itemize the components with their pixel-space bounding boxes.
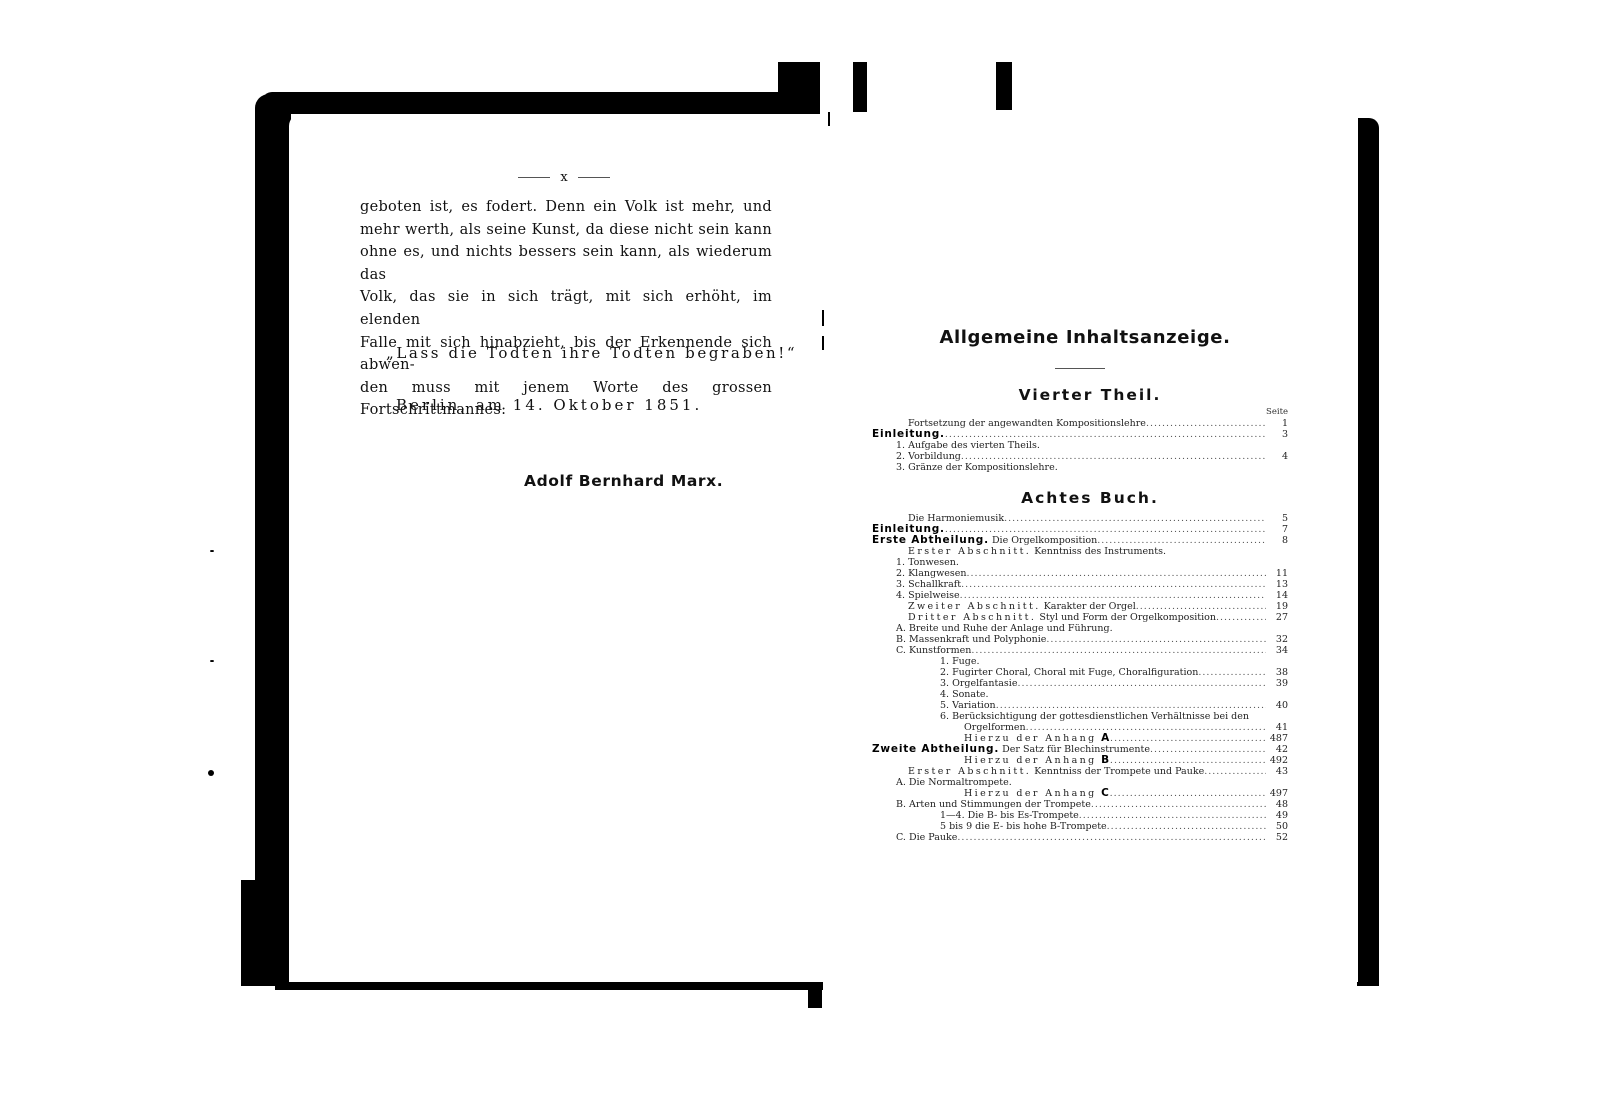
toc-entry-page: 497 — [1266, 788, 1288, 799]
gutter-mark — [828, 112, 830, 126]
toc-entry-page: 38 — [1266, 667, 1288, 678]
paragraph-line: geboten ist, es fodert. Denn ein Volk is… — [360, 196, 772, 219]
toc-leader-dots — [1110, 755, 1266, 766]
toc-entry-page: 27 — [1266, 612, 1288, 623]
toc-entry-title: 2. Fugirter Choral, Choral mit Fuge, Cho… — [940, 667, 1198, 678]
toc-leader-dots — [1091, 799, 1266, 810]
toc-entry: Orgelformen41 — [872, 722, 1288, 733]
toc-entry-page: 13 — [1266, 579, 1288, 590]
toc-entry: 1. Tonwesen. — [872, 557, 1288, 568]
toc-entry-page: 41 — [1266, 722, 1288, 733]
toc-entry-page: 40 — [1266, 700, 1288, 711]
toc-entry: 5. Variation40 — [872, 700, 1288, 711]
book-cover-left-edge-lower — [241, 880, 281, 986]
toc-entry: Zweiter Abschnitt. Karakter der Orgel19 — [872, 601, 1288, 612]
book-spine-top-right — [853, 62, 867, 112]
toc-entry-title: C. Kunstformen — [896, 645, 971, 656]
toc-entry-title: Dritter Abschnitt. Styl und Form der Org… — [908, 612, 1216, 623]
title-rule — [1055, 368, 1105, 369]
toc-entry: 1. Aufgabe des vierten Theils. — [872, 440, 1288, 451]
toc-entry: Erster Abschnitt. Kenntniss der Trompete… — [872, 766, 1288, 777]
page-number: x — [508, 170, 620, 185]
toc-entry-title: Erster Abschnitt. Kenntniss der Trompete… — [908, 766, 1204, 777]
toc-leader-dots — [1004, 513, 1266, 524]
toc-entry: 4. Sonate. — [872, 689, 1288, 700]
toc-entry: C. Die Pauke52 — [872, 832, 1288, 843]
toc-entry-page: 4 — [1266, 451, 1288, 462]
toc-entry-page: 48 — [1266, 799, 1288, 810]
toc-entry-page: 19 — [1266, 601, 1288, 612]
page-number-text: x — [560, 170, 567, 185]
part-heading: Vierter Theil. — [960, 386, 1220, 404]
toc-leader-dots — [1017, 678, 1266, 689]
toc-section-vierter-theil: Fortsetzung der angewandten Kompositions… — [872, 418, 1288, 473]
toc-entry-page: 52 — [1266, 832, 1288, 843]
toc-entry-title: 3. Orgelfantasie — [940, 678, 1017, 689]
author-signature: Adolf Bernhard Marx. — [524, 472, 723, 490]
gutter-mark — [822, 336, 824, 350]
toc-entry-page: 8 — [1266, 535, 1288, 546]
toc-entry-title: 4. Spielweise — [896, 590, 960, 601]
toc-entry: Hierzu der Anhang C497 — [872, 788, 1288, 799]
scan-speck — [208, 770, 214, 776]
dateline: Berlin, am 14. Oktober 1851. — [396, 396, 702, 414]
toc-leader-dots — [1198, 667, 1266, 678]
toc-entry-title: 5. Variation — [940, 700, 996, 711]
toc-entry-title: Erste Abtheilung. Die Orgelkomposition — [872, 535, 1097, 546]
toc-entry-title: C. Die Pauke — [896, 832, 957, 843]
toc-entry: Einleitung.3 — [872, 429, 1288, 440]
toc-leader-dots — [1136, 601, 1266, 612]
toc-leader-dots — [1026, 722, 1266, 733]
toc-entry-title: Hierzu der Anhang C — [964, 788, 1110, 799]
toc-entry: 1. Fuge. — [872, 656, 1288, 667]
toc-leader-dots — [1079, 810, 1266, 821]
toc-entry-page: 11 — [1266, 568, 1288, 579]
toc-leader-dots — [1110, 733, 1266, 744]
toc-entry-page: 1 — [1266, 418, 1288, 429]
toc-entry: 2. Klangwesen11 — [872, 568, 1288, 579]
toc-leader-dots — [961, 579, 1266, 590]
toc-leader-dots — [966, 568, 1266, 579]
toc-title: Allgemeine Inhaltsanzeige. — [935, 327, 1235, 348]
toc-entry: 1—4. Die B- bis Es-Trompete49 — [872, 810, 1288, 821]
toc-leader-dots — [1146, 418, 1266, 429]
toc-entry-title: 4. Sonate. — [940, 689, 989, 700]
seite-label: Seite — [1266, 407, 1288, 417]
toc-entry-page: 492 — [1266, 755, 1288, 766]
toc-entry-title: 3. Schallkraft — [896, 579, 961, 590]
toc-entry: C. Kunstformen34 — [872, 645, 1288, 656]
toc-entry-page: 39 — [1266, 678, 1288, 689]
part-heading: Achtes Buch. — [960, 489, 1220, 507]
book-cover-left-edge — [255, 94, 291, 986]
book-spine-top-right2 — [996, 62, 1012, 110]
toc-entry: B. Massenkraft und Polyphonie32 — [872, 634, 1288, 645]
toc-entry: Erster Abschnitt. Kenntniss des Instrume… — [872, 546, 1288, 557]
toc-leader-dots — [1110, 788, 1266, 799]
toc-entry-title: Einleitung. — [872, 429, 945, 440]
toc-entry-title: B. Massenkraft und Polyphonie — [896, 634, 1046, 645]
toc-entry-title: 5 bis 9 die E- bis hohe B-Trompete — [940, 821, 1107, 832]
toc-entry-title: 1. Aufgabe des vierten Theils. — [896, 440, 1040, 451]
paragraph-line: ohne es, und nichts bessers sein kann, a… — [360, 241, 772, 286]
toc-leader-dots — [961, 451, 1266, 462]
toc-entry-page: 487 — [1266, 733, 1288, 744]
toc-entry: 6. Berücksichtigung der gottesdienstlich… — [872, 711, 1288, 722]
scan-speck — [210, 550, 214, 552]
toc-entry-page: 43 — [1266, 766, 1288, 777]
toc-leader-dots — [1150, 744, 1266, 755]
gutter-mark — [822, 310, 824, 326]
toc-section-achtes-buch: Die Harmoniemusik5Einleitung.7Erste Abth… — [872, 513, 1288, 843]
toc-leader-dots — [945, 429, 1266, 440]
toc-entry-title: 6. Berücksichtigung der gottesdienstlich… — [940, 711, 1249, 722]
toc-entry-title: Erster Abschnitt. Kenntniss des Instrume… — [908, 546, 1166, 557]
toc-leader-dots — [945, 524, 1266, 535]
toc-entry-page: 50 — [1266, 821, 1288, 832]
toc-entry-title: 2. Vorbildung — [896, 451, 961, 462]
toc-entry-title: Zweiter Abschnitt. Karakter der Orgel — [908, 601, 1136, 612]
toc-leader-dots — [1107, 821, 1266, 832]
toc-entry: Zweite Abtheilung. Der Satz für Blechins… — [872, 744, 1288, 755]
toc-leader-dots — [1204, 766, 1266, 777]
toc-entry: B. Arten und Stimmungen der Trompete48 — [872, 799, 1288, 810]
toc-leader-dots — [957, 832, 1266, 843]
toc-leader-dots — [1097, 535, 1266, 546]
book-spine-top-left — [778, 62, 820, 116]
toc-entry-page: 42 — [1266, 744, 1288, 755]
toc-leader-dots — [1046, 634, 1266, 645]
toc-entry: A. Breite und Ruhe der Anlage und Führun… — [872, 623, 1288, 634]
toc-entry: 4. Spielweise14 — [872, 590, 1288, 601]
paragraph-line: mehr werth, als seine Kunst, da diese ni… — [360, 219, 772, 242]
toc-leader-dots — [1216, 612, 1266, 623]
paragraph-line: Volk, das sie in sich trägt, mit sich er… — [360, 286, 772, 331]
toc-entry-page: 5 — [1266, 513, 1288, 524]
preface-paragraph: geboten ist, es fodert. Denn ein Volk is… — [360, 196, 772, 422]
toc-entry-page: 49 — [1266, 810, 1288, 821]
toc-entry-page: 7 — [1266, 524, 1288, 535]
toc-entry-page: 32 — [1266, 634, 1288, 645]
page-number-rule-right — [578, 177, 610, 178]
toc-entry: Erste Abtheilung. Die Orgelkomposition8 — [872, 535, 1288, 546]
toc-entry-page: 14 — [1266, 590, 1288, 601]
toc-entry: 3. Gränze der Kompositionslehre. — [872, 462, 1288, 473]
scan-speck — [210, 660, 214, 662]
toc-leader-dots — [996, 700, 1266, 711]
toc-entry: 3. Schallkraft13 — [872, 579, 1288, 590]
toc-entry: 2. Vorbildung4 — [872, 451, 1288, 462]
quote: „Lass die Todten ihre Todten begraben!“ — [386, 344, 797, 362]
toc-entry-page: 34 — [1266, 645, 1288, 656]
toc-leader-dots — [960, 590, 1266, 601]
toc-entry-title: Hierzu der Anhang B — [964, 755, 1110, 766]
toc-entry-title: 1. Fuge. — [940, 656, 980, 667]
toc-entry-title: 1. Tonwesen. — [896, 557, 959, 568]
toc-entry: 2. Fugirter Choral, Choral mit Fuge, Cho… — [872, 667, 1288, 678]
toc-entry: 5 bis 9 die E- bis hohe B-Trompete50 — [872, 821, 1288, 832]
toc-entry-title: 3. Gränze der Kompositionslehre. — [896, 462, 1058, 473]
toc-entry-title: Orgelformen — [964, 722, 1026, 733]
toc-leader-dots — [971, 645, 1266, 656]
toc-entry: 3. Orgelfantasie39 — [872, 678, 1288, 689]
toc-entry: Dritter Abschnitt. Styl und Form der Org… — [872, 612, 1288, 623]
toc-entry: A. Die Normaltrompete. — [872, 777, 1288, 788]
page-number-rule-left — [518, 177, 550, 178]
toc-entry-title: B. Arten und Stimmungen der Trompete — [896, 799, 1091, 810]
book-cover-top-edge — [262, 92, 782, 114]
book-cover-right-edge — [1357, 118, 1379, 986]
toc-entry: Hierzu der Anhang B492 — [872, 755, 1288, 766]
toc-entry-title: A. Die Normaltrompete. — [896, 777, 1012, 788]
toc-entry-title: 2. Klangwesen — [896, 568, 966, 579]
toc-entry-page: 3 — [1266, 429, 1288, 440]
book-spine-bottom — [808, 986, 822, 1008]
toc-entry-title: 1—4. Die B- bis Es-Trompete — [940, 810, 1079, 821]
toc-entry-title: A. Breite und Ruhe der Anlage und Führun… — [896, 623, 1113, 634]
